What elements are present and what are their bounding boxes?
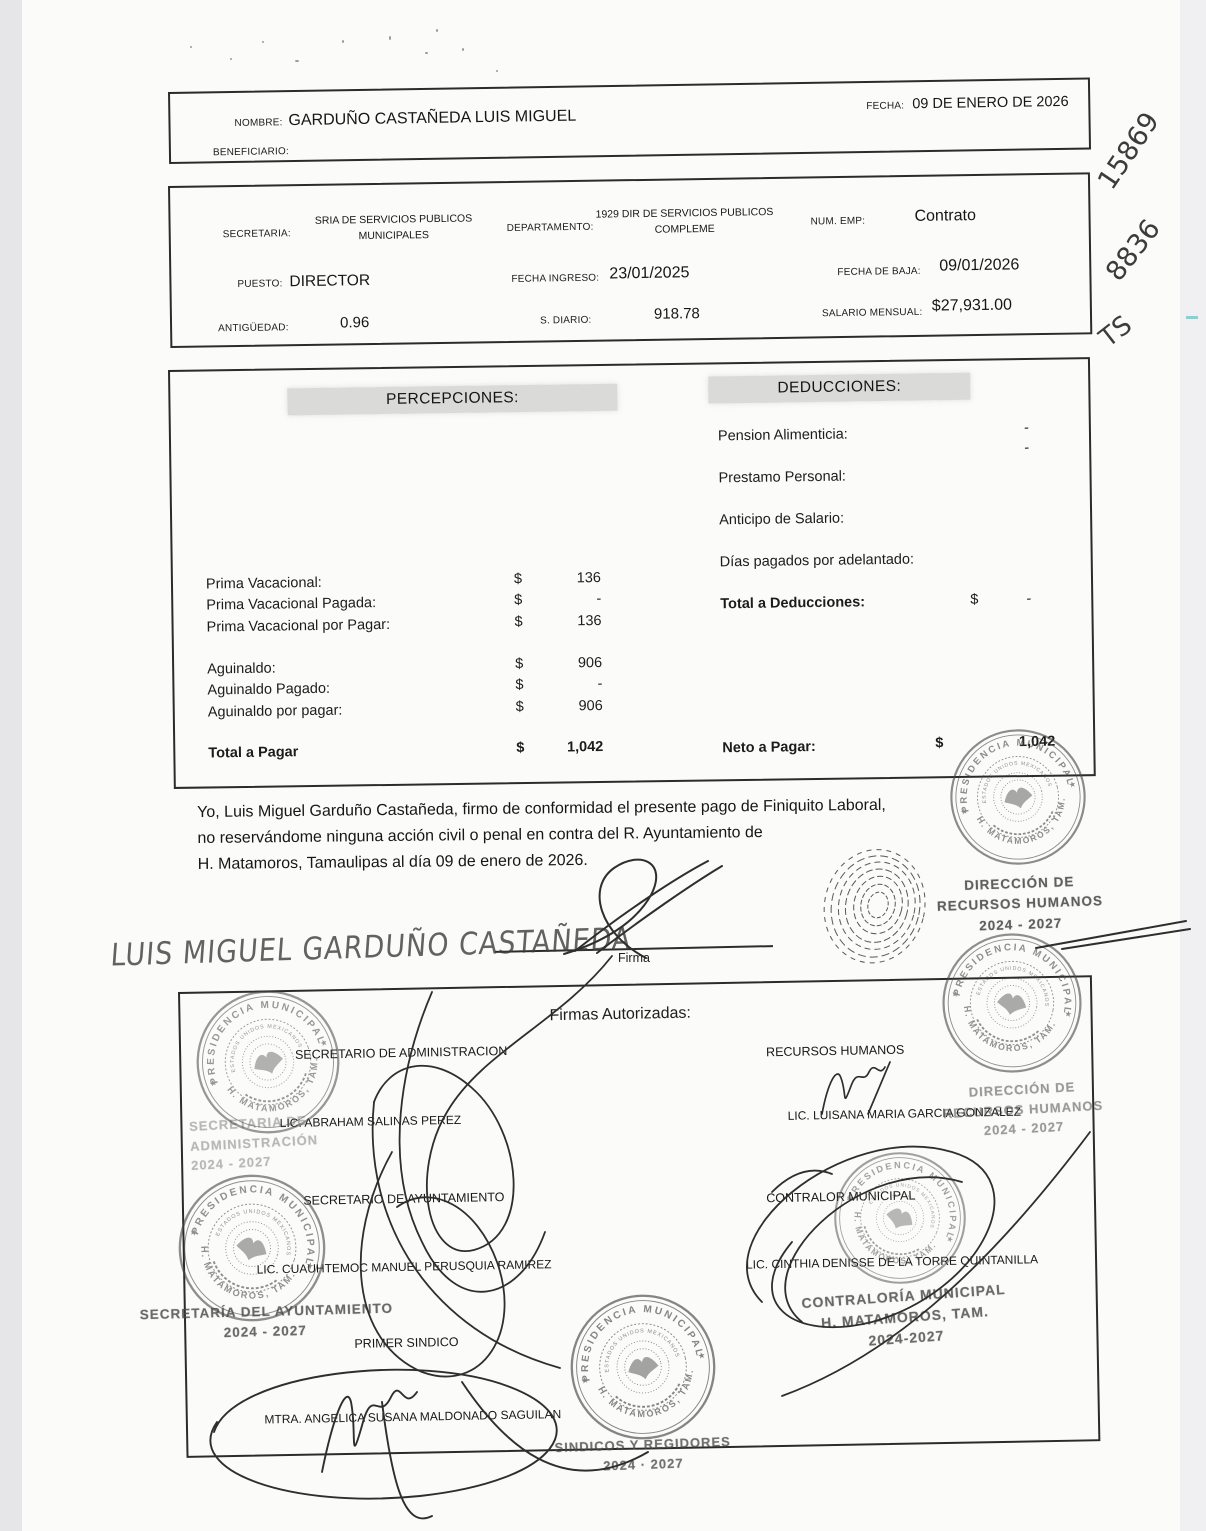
deducciones-total-value: - <box>969 591 1031 608</box>
deduccion-label: Prestamo Personal: <box>718 469 846 487</box>
scan-edge-right <box>1180 0 1206 1531</box>
secretaria-value: SRIA DE SERVICIOS PUBLICOS MUNICIPALES <box>308 211 478 245</box>
scan-speck <box>295 60 299 62</box>
deduccion-label: Pension Alimenticia: <box>718 427 848 445</box>
stamp-line: SECRETARIA DE <box>189 1113 307 1134</box>
num-emp-value: Contrato <box>914 207 976 226</box>
scan-speck <box>342 40 344 43</box>
antiguedad-value: 0.96 <box>340 314 369 331</box>
fecha-baja-value: 09/01/2026 <box>939 256 1019 275</box>
puesto-value: DIRECTOR <box>289 272 370 291</box>
scan-speck <box>462 48 464 51</box>
scan-speck <box>436 29 438 32</box>
stamp-line: 2024 - 2027 <box>979 915 1063 933</box>
percepciones-total-value: 1,042 <box>541 739 603 756</box>
percepcion-value: 136 <box>539 613 601 630</box>
nombre-label: NOMBRE: <box>234 117 282 129</box>
stamp-line: 2024-2027 <box>868 1327 945 1348</box>
stamp-line: ADMINISTRACIÓN <box>190 1132 319 1154</box>
employee-info-box: SECRETARIA: SRIA DE SERVICIOS PUBLICOS M… <box>168 172 1092 348</box>
percepcion-label: Prima Vacacional Pagada: <box>206 595 376 613</box>
header-box: NOMBRE: GARDUÑO CASTAÑEDA LUIS MIGUEL FE… <box>168 78 1091 164</box>
secretaria-value-line1: SRIA DE SERVICIOS PUBLICOS <box>315 212 473 226</box>
stamp-line: 2024 - 2027 <box>224 1323 307 1340</box>
stamp-line: RECURSOS HUMANOS <box>937 893 1103 914</box>
percepcion-label: Aguinaldo: <box>207 661 276 678</box>
handwritten-name: LUIS MIGUEL GARDUÑO CASTAÑEDA <box>109 922 632 974</box>
margin-note-3: TS <box>1094 310 1138 354</box>
deducciones-total-label: Total a Deducciones: <box>720 594 865 612</box>
percepciones-total-label: Total a Pagar <box>208 744 298 761</box>
percepciones-total-currency: $ <box>516 740 524 756</box>
antiguedad-label: ANTIGÜEDAD: <box>218 322 289 334</box>
role-secretario-administracion: SECRETARIO DE ADMINISTRACION <box>241 1043 561 1063</box>
percepcion-currency: $ <box>514 571 522 587</box>
scan-edge-left <box>0 0 22 1531</box>
percepcion-value: 906 <box>540 655 602 672</box>
beneficiario-label: BENEFICIARIO: <box>213 146 289 158</box>
s-diario-value: 918.78 <box>654 305 700 323</box>
fecha-label: FECHA: <box>866 100 904 112</box>
deduccion-label: Anticipo de Salario: <box>719 511 844 529</box>
declaration-line3: H. Matamoros, Tamaulipas al día 09 de en… <box>198 852 588 873</box>
percepcion-currency: $ <box>515 677 523 693</box>
percepcion-label: Prima Vacacional por Pagar: <box>206 617 390 636</box>
percepcion-label: Aguinaldo Pagado: <box>207 681 330 699</box>
stamp-line: 2024 - 2027 <box>191 1154 272 1173</box>
declaration-line1: Yo, Luis Miguel Garduño Castañeda, firmo… <box>197 797 886 821</box>
percepcion-label: Prima Vacacional: <box>206 575 322 593</box>
deduccion-dash: - <box>967 440 1029 457</box>
declaration-line2: no reservándome ninguna acción civil o p… <box>197 824 763 847</box>
secretaria-label: SECRETARIA: <box>223 228 291 240</box>
scan-artifact-cyan <box>1186 316 1198 319</box>
scan-speck <box>496 70 498 72</box>
stamp-line: 2024 - 2027 <box>983 1119 1064 1138</box>
scan-speck <box>190 46 192 48</box>
fecha-ingreso-label: FECHA INGRESO: <box>511 273 599 285</box>
puesto-label: PUESTO: <box>237 278 282 290</box>
stamp-line: 2024 · 2027 <box>603 1455 684 1473</box>
fecha-value: 09 DE ENERO DE 2026 <box>912 94 1069 112</box>
percepcion-label: Aguinaldo por pagar: <box>208 703 343 721</box>
s-diario-label: S. DIARIO: <box>540 315 592 327</box>
percepcion-value: 906 <box>541 698 603 715</box>
name-cuauhtemoc-perusquia: LIC. CUAUHTEMOC MANUEL PERUSQUIA RAMIREZ <box>224 1257 584 1278</box>
firmas-box: Firmas Autorizadas: SECRETARIO DE ADMINI… <box>178 975 1100 1458</box>
neto-currency: $ <box>935 735 943 751</box>
name-cinthia-delatorre: LIC. CINTHIA DENISSE DE LA TORRE QUINTAN… <box>702 1251 1082 1272</box>
scanned-finiquito-document: NOMBRE: GARDUÑO CASTAÑEDA LUIS MIGUEL FE… <box>0 0 1206 1531</box>
salario-mensual-value: $27,931.00 <box>932 296 1012 315</box>
percepcion-value: - <box>540 676 602 693</box>
role-contralor-municipal: CONTRALOR MUNICIPAL <box>681 1187 1001 1207</box>
deducciones-title: DEDUCCIONES: <box>708 377 970 399</box>
stamp-line: SINDICOS Y REGIDORES <box>554 1434 731 1455</box>
num-emp-label: NUM. EMP: <box>811 216 866 228</box>
neto-label: Neto a Pagar: <box>722 739 816 756</box>
stamp-secretaria-ayuntamiento: SECRETARÍA DEL AYUNTAMIENTO 2024 - 2027 <box>140 1299 391 1346</box>
percepcion-value: - <box>539 591 601 608</box>
nombre-value: GARDUÑO CASTAÑEDA LUIS MIGUEL <box>288 108 576 131</box>
scan-speck <box>425 52 428 54</box>
fecha-ingreso-value: 23/01/2025 <box>609 264 689 283</box>
stamp-direccion-rh-2: DIRECCIÓN DE RECURSOS HUMANOS 2024 - 202… <box>937 1076 1110 1143</box>
scan-speck <box>389 36 391 40</box>
role-recursos-humanos: RECURSOS HUMANOS <box>675 1041 995 1061</box>
secretaria-value-line2: MUNICIPALES <box>358 229 429 242</box>
margin-note-1: 15869 <box>1092 107 1166 196</box>
stamp-line: DIRECCIÓN DE <box>968 1079 1075 1100</box>
name-angelica-maldonado: MTRA. ANGELICA SUSANA MALDONADO SAGUILAN <box>233 1406 593 1427</box>
margin-note-2: 8836 <box>1100 214 1167 287</box>
neto-value: 1,042 <box>993 734 1055 751</box>
stamp-line: SECRETARÍA DEL AYUNTAMIENTO <box>140 1301 394 1323</box>
salario-mensual-label: SALARIO MENSUAL: <box>822 307 923 319</box>
percepcion-currency: $ <box>516 699 524 715</box>
percepcion-value: 136 <box>539 570 601 587</box>
percepcion-currency: $ <box>515 656 523 672</box>
departamento-label: DEPARTAMENTO: <box>507 222 594 234</box>
departamento-value-line1: 1929 DIR DE SERVICIOS PUBLICOS <box>595 206 773 221</box>
percepcion-currency: $ <box>514 614 522 630</box>
percepcion-currency: $ <box>514 592 522 608</box>
deduccion-label: Días pagados por adelantado: <box>720 552 915 571</box>
scan-speck <box>262 41 264 43</box>
firmas-title: Firmas Autorizadas: <box>549 1005 691 1026</box>
stamp-sindicos-regidores: SINDICOS Y REGIDORES 2024 · 2027 <box>547 1432 738 1478</box>
departamento-value-line2: COMPLEME <box>655 223 715 236</box>
departamento-value: 1929 DIR DE SERVICIOS PUBLICOS COMPLEME <box>594 205 774 239</box>
role-secretario-ayuntamiento: SECRETARIO DE AYUNTAMIENTO <box>244 1189 564 1209</box>
deduccion-dash: - <box>967 420 1029 437</box>
stamp-line: DIRECCIÓN DE <box>964 874 1075 893</box>
declaration-paragraph: Yo, Luis Miguel Garduño Castañeda, firmo… <box>197 792 998 878</box>
stamp-line: RECURSOS HUMANOS <box>942 1097 1103 1120</box>
payments-box: PERCEPCIONES: DEDUCCIONES: Pension Alime… <box>168 357 1096 789</box>
stamp-secretaria-administracion: SECRETARIA DE ADMINISTRACIÓN 2024 - 2027 <box>189 1107 382 1175</box>
fecha-baja-label: FECHA DE BAJA: <box>837 266 921 278</box>
scan-speck <box>230 58 232 60</box>
stamp-direccion-rh-1: DIRECCIÓN DE RECURSOS HUMANOS 2024 - 202… <box>934 871 1106 938</box>
